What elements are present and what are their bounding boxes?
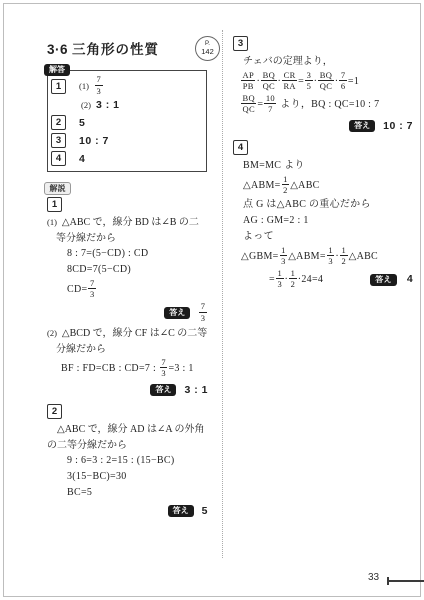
paragraph-text: △ABC で，線分 AD は∠A の外角の二等分線だから [47,424,205,451]
answer-row-4: 4 4 [51,151,200,166]
question-number-box: 4 [51,151,66,166]
fraction: BQQC [261,71,276,91]
explanation-badge: 解説 [44,182,71,195]
statement-text: よって [243,231,274,242]
question-number-box: 1 [51,79,66,94]
equation: △GBM=13△ABM=13·12△ABC [241,245,413,268]
fraction: 13 [276,269,284,289]
page-number: 33 [368,572,379,583]
equation: 3(15−BC)=30 [67,469,208,485]
equation: △ABM=12△ABC [243,174,413,197]
equation: BQQC=107 より，BQ : QC=10 : 7 [240,93,413,116]
answer-value: 3 : 1 [184,382,208,398]
answer-value: 73 [198,303,208,323]
answer-badge: 答え [370,274,397,286]
page-ref-number: 142 [196,48,219,56]
answer-line: 答え 5 [47,503,208,519]
answer-badge: 答え [168,505,194,517]
paragraph-text: △ABC で，線分 BD は∠B の二等分線だから [56,217,199,244]
equation: BM=MC より [243,158,413,174]
answer-value: 3 : 1 [96,99,120,111]
fraction: APPB [241,71,255,91]
answer-line: 答え 73 [47,303,208,323]
statement-text: BM=MC より [243,160,305,171]
answer-value: 5 [202,503,208,519]
answer-part-label: (1) [79,81,94,91]
section-header: 3·6 三角形の性質 [47,38,197,59]
solution-3-paragraph-1: チェバの定理より， [243,54,413,70]
fraction: 76 [339,71,347,91]
equation: CD=73 [67,278,208,301]
equation: APPB·BQQC·CRRA=35·BQQC·76=1 [240,70,413,93]
page-reference-badge: P. 142 [195,36,220,61]
solution-2-number: 2 [47,404,62,419]
page-title: 三角形の性質 [72,42,159,57]
statement-text: 点 G は△ABC の重心だから [243,199,371,210]
question-number-box: 2 [51,115,66,130]
equation: 8 : 7=(5−CD) : CD [67,246,208,262]
solution-2-paragraph-1: △ABC で，線分 AD は∠A の外角の二等分線だから [47,422,208,453]
answer-part-label: (2) [81,100,96,110]
fraction: 12 [289,269,297,289]
answer-value: 4 [407,268,413,291]
statement: AG : GM=2 : 1 [243,213,413,229]
fraction: 73 [88,279,96,299]
left-column: 1 (1)△ABC で，線分 BD は∠B の二等分線だから 8 : 7=(5−… [47,197,208,522]
equation: 9 : 6=3 : 2=15 : (15−BC) [67,453,208,469]
solution-4-number: 4 [233,140,248,155]
solution-1-paragraph-1: (1)△ABC で，線分 BD は∠B の二等分線だから [47,215,208,246]
question-number-box: 3 [51,133,66,148]
paragraph-text: チェバの定理より， [243,56,333,67]
equation: =13·12·24=4 [269,268,323,291]
answer-badge: 答え [349,120,375,132]
fraction: 12 [340,246,348,266]
answers-badge: 解答 [44,64,70,76]
section-number: 3·6 [47,42,68,57]
answer-row-1b: (2) 3 : 1 [81,99,200,111]
solution-1-number: 1 [47,197,62,212]
statement: よって [243,229,413,245]
column-divider [222,30,223,558]
part-label: (2) [47,328,57,338]
answers-box: 解答 1 (1) 73 (2) 3 : 1 2 5 3 10 : 7 4 4 [47,70,207,172]
part-label: (1) [47,217,57,227]
equation: BC=5 [67,485,208,501]
answer-value: 5 [79,117,85,129]
answer-value: 10 : 7 [79,135,109,147]
answer-badge: 答え [150,384,176,396]
answer-badge: 答え [164,307,190,319]
answer-line: 答え 3 : 1 [47,382,208,398]
fraction: CRRA [282,71,297,91]
answer-value: 10 : 7 [383,118,413,134]
final-equation-row: =13·12·24=4 答え 4 [269,268,413,291]
answer-line: 答え 10 : 7 [233,118,413,134]
fraction: 73 [199,302,207,322]
fraction: BQQC [318,71,333,91]
fraction: 73 [95,75,103,95]
answer-line: 答え 4 [370,268,413,291]
fraction: 13 [280,246,288,266]
statement-text: AG : GM=2 : 1 [243,215,309,226]
fraction: BQQC [241,94,256,114]
answer-row-3: 3 10 : 7 [51,133,200,148]
answer-value: 73 [94,76,104,96]
solution-3-number: 3 [233,36,248,51]
equation: 8CD=7(5−CD) [67,262,208,278]
fraction: 12 [282,175,290,195]
fraction: 73 [160,358,168,378]
answer-row-2: 2 5 [51,115,200,130]
fraction: 35 [305,71,313,91]
answer-value: 4 [79,153,85,165]
fraction: 13 [327,246,335,266]
fraction: 107 [264,94,276,114]
answer-row-1: 1 (1) 73 [51,76,200,96]
equation: BF : FD=CB : CD=7 : 73=3 : 1 [61,357,208,380]
paragraph-text: △BCD で，線分 CF は∠C の二等分線だから [56,328,207,355]
solution-1-paragraph-2: (2)△BCD で，線分 CF は∠C の二等分線だから [47,326,208,357]
right-column: 3 チェバの定理より， APPB·BQQC·CRRA=35·BQQC·76=1 … [233,36,413,291]
page-number-rule [387,580,424,582]
statement: 点 G は△ABC の重心だから [243,197,413,213]
